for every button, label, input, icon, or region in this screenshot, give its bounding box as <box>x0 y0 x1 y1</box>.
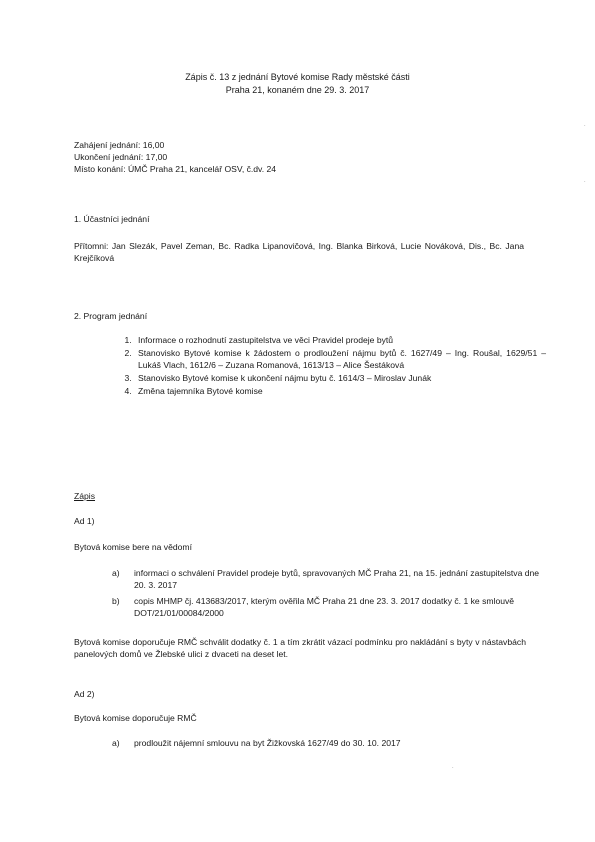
program-item: Změna tajemníka Bytové komise <box>134 385 546 397</box>
section-program-heading: 2. Program jednání <box>74 310 147 322</box>
attendees-list: Přítomni: Jan Slezák, Pavel Zeman, Bc. R… <box>74 240 524 264</box>
item-text: informaci o schválení Pravidel prodeje b… <box>134 568 539 590</box>
item-text: prodloužit nájemní smlouvu na byt Žižkov… <box>134 738 401 748</box>
ad2-intro: Bytová komise doporučuje RMČ <box>74 712 197 724</box>
ad2-items: a) prodloužit nájemní smlouvu na byt Žiž… <box>112 737 546 753</box>
ad1-intro: Bytová komise bere na vědomí <box>74 541 192 553</box>
title-line-1: Zápis č. 13 z jednání Bytové komise Rady… <box>0 71 595 84</box>
meeting-end: Ukončení jednání: 17,00 <box>74 151 276 163</box>
item-text: copis MHMP čj. 413683/2017, kterým ověři… <box>134 596 514 618</box>
meeting-meta: Zahájení jednání: 16,00 Ukončení jednání… <box>74 139 276 175</box>
ad1-recommendation: Bytová komise doporučuje RMČ schválit do… <box>74 636 526 660</box>
ad2-item: a) prodloužit nájemní smlouvu na byt Žiž… <box>134 737 546 749</box>
item-letter: a) <box>112 737 120 749</box>
document-title: Zápis č. 13 z jednání Bytové komise Rady… <box>0 71 595 97</box>
ad2-label: Ad 2) <box>74 688 95 700</box>
program-item: Stanovisko Bytové komise k žádostem o pr… <box>134 347 546 371</box>
program-item: Informace o rozhodnutí zastupitelstva ve… <box>134 334 546 346</box>
ad1-item: b) copis MHMP čj. 413683/2017, kterým ov… <box>134 595 546 619</box>
item-letter: a) <box>112 567 120 579</box>
scan-speck: · <box>452 762 454 774</box>
item-letter: b) <box>112 595 120 607</box>
program-list: Informace o rozhodnutí zastupitelstva ve… <box>112 334 546 398</box>
title-line-2: Praha 21, konaném dne 29. 3. 2017 <box>0 84 595 97</box>
scan-header-fragments: · · · · · · · · · · · · · · · <box>0 0 595 4</box>
ad1-label: Ad 1) <box>74 515 95 527</box>
margin-mark: · <box>584 176 586 188</box>
minutes-heading: Zápis <box>74 490 95 502</box>
ad1-items: a) informaci o schválení Pravidel prodej… <box>112 567 546 623</box>
section-participants-heading: 1. Účastníci jednání <box>74 213 149 225</box>
ad1-item: a) informaci o schválení Pravidel prodej… <box>134 567 546 591</box>
margin-mark: · <box>584 120 586 132</box>
program-item: Stanovisko Bytové komise k ukončení nájm… <box>134 372 546 384</box>
meeting-start: Zahájení jednání: 16,00 <box>74 139 276 151</box>
meeting-place: Místo konání: ÚMČ Praha 21, kancelář OSV… <box>74 163 276 175</box>
